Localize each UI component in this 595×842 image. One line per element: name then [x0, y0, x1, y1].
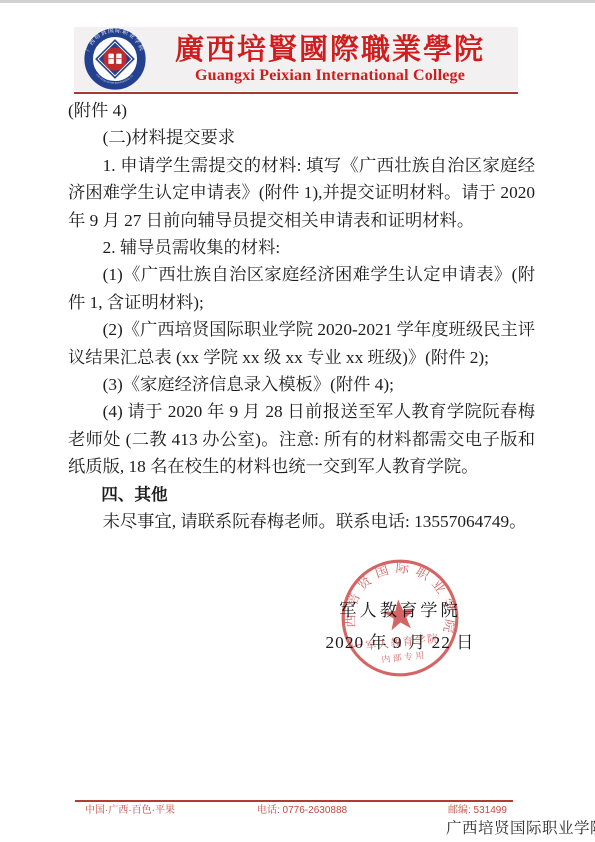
college-letterhead: 广西培贤国际职业学院 GUANGXI PEIXIAN INTERNATIONAL…: [74, 27, 518, 91]
stamp-bottom-text: 内部专用: [381, 649, 427, 665]
footer-phone: 电话: 0776-2630888: [257, 805, 347, 817]
document-page: 广西培贤国际职业学院 GUANGXI PEIXIAN INTERNATIONAL…: [0, 0, 595, 842]
paragraph: 2. 辅导员需收集的材料:: [68, 234, 535, 261]
college-title-block: 廣西培賢國際職業學院 Guangxi Peixian International…: [146, 34, 518, 85]
other-section-text: 未尽事宜, 请联系阮春梅老师。联系电话: 13557064749。: [68, 508, 535, 535]
top-border-line: [0, 0, 595, 3]
college-title-zh: 廣西培賢國際職業學院: [146, 34, 514, 67]
college-title-en: Guangxi Peixian International College: [146, 67, 514, 85]
footer-location: 中国·广西·百色·平果: [85, 805, 175, 817]
section-heading: (二)材料提交要求: [68, 124, 535, 151]
header-divider-line: [74, 92, 518, 94]
logo-center-seal: [103, 47, 126, 70]
watermark-text: 广西培贤国际职业学院: [446, 816, 595, 838]
paragraph: 1. 申请学生需提交的材料: 填写《广西壮族自治区家庭经济困难学生认定申请表》(…: [68, 152, 535, 234]
official-stamp: 广西培贤国际职业学院 军人教育学院 内部专用: [332, 550, 468, 686]
document-body: (附件 4) (二)材料提交要求 1. 申请学生需提交的材料: 填写《广西壮族自…: [68, 97, 535, 536]
paragraph: (4) 请于 2020 年 9 月 28 日前报送至军人教育学院阮春梅老师处 (…: [68, 398, 535, 480]
other-section-heading: 四、其他: [68, 481, 535, 508]
attachment-label: (附件 4): [68, 97, 535, 124]
stamp-star-icon: [382, 598, 416, 631]
paragraph: (1)《广西壮族自治区家庭经济困难学生认定申请表》(附件 1, 含证明材料);: [68, 261, 535, 316]
footer-divider-line: [75, 800, 513, 802]
stamp-center-text: 军人教育学院: [365, 631, 440, 653]
college-logo: 广西培贤国际职业学院 GUANGXI PEIXIAN INTERNATIONAL…: [84, 28, 146, 90]
paragraph: (2)《广西培贤国际职业学院 2020-2021 学年度班级民主评议结果汇总表 …: [68, 316, 535, 371]
paragraph: (3)《家庭经济信息录入模板》(附件 4);: [68, 371, 535, 398]
